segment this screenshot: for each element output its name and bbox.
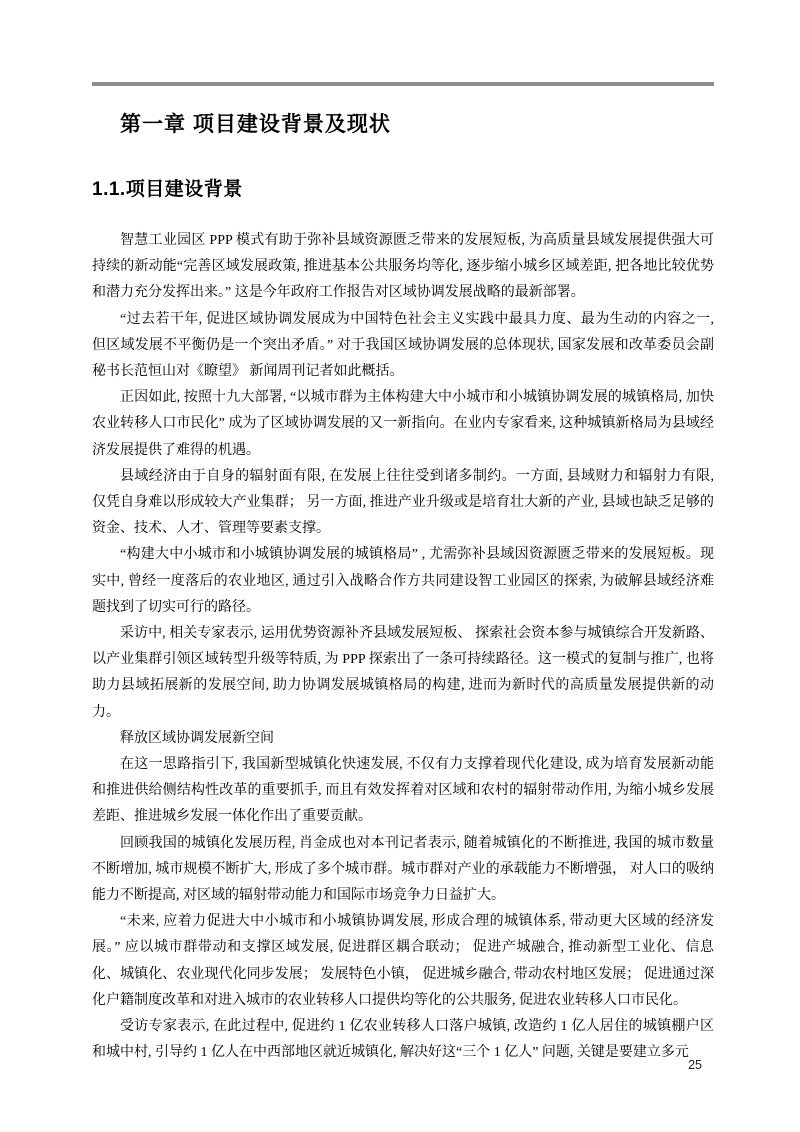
paragraph-list: 智慧工业园区 PPP 模式有助于弥补县域资源匮乏带来的发展短板, 为高质量县域发…	[92, 228, 714, 1067]
paragraph: 释放区域协调发展新空间	[92, 726, 714, 752]
page-number: 25	[92, 1058, 702, 1072]
header-divider	[92, 82, 714, 86]
paragraph: 采访中, 相关专家表示, 运用优势资源补齐县域发展短板、 探索社会资本参与城镇综…	[92, 621, 714, 726]
paragraph: “构建大中小城市和小城镇协调发展的城镇格局” , 尤需弥补县域因资源匮乏带来的发…	[92, 542, 714, 621]
chapter-title: 第一章 项目建设背景及现状	[120, 110, 391, 140]
paragraph: 回顾我国的城镇化发展历程, 肖金成也对本刊记者表示, 随着城镇化的不断推进, 我…	[92, 831, 714, 910]
paragraph: 县域经济由于自身的辐射面有限, 在发展上往往受到诸多制约。一方面, 县域财力和辐…	[92, 464, 714, 543]
paragraph: 智慧工业园区 PPP 模式有助于弥补县域资源匮乏带来的发展短板, 为高质量县域发…	[92, 228, 714, 307]
paragraph: “未来, 应着力促进大中小城市和小城镇协调发展, 形成合理的城镇体系, 带动更大…	[92, 909, 714, 1014]
document-page: 第一章 项目建设背景及现状 1.1.项目建设背景 智慧工业园区 PPP 模式有助…	[0, 0, 800, 1132]
paragraph: 在这一思路指引下, 我国新型城镇化快速发展, 不仅有力支撑着现代化建设, 成为培…	[92, 752, 714, 831]
paragraph: “过去若干年, 促进区域协调发展成为中国特色社会主义实践中最具力度、最为生动的内…	[92, 307, 714, 386]
paragraph: 正因如此, 按照十九大部署, “以城市群为主体构建大中小城市和小城镇协调发展的城…	[92, 385, 714, 464]
section-title: 1.1.项目建设背景	[92, 176, 243, 203]
